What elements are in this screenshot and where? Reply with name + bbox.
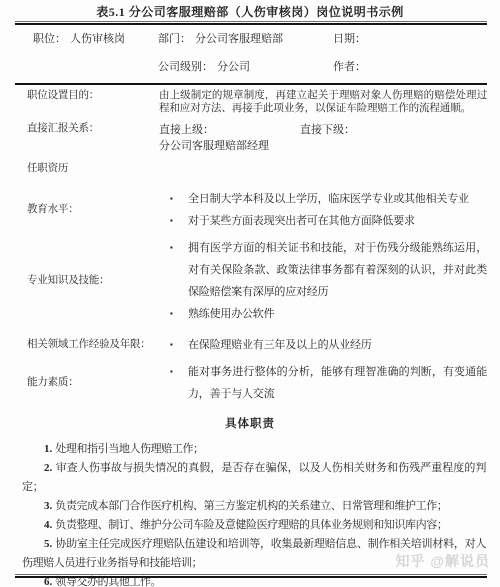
square-bullet-icon: ▪ <box>170 334 178 356</box>
qualifications-heading: 任职资历 <box>0 162 159 176</box>
position-value: 人伤审核岗 <box>70 33 125 45</box>
empty-cell <box>33 59 158 75</box>
education-bullets: ▪全日制大学本科及以上学历，临床医学专业或其他相关专业 ▪对于某些方面表现突出者… <box>159 188 487 232</box>
duty-item: 4.负责整理、制订、维护分公司车险及意健险医疗理赔的具体业务规则和知识库内容； <box>22 516 486 535</box>
department-value: 分公司客服理赔部 <box>195 33 283 45</box>
reporting-label: 直接汇报关系： <box>0 122 159 154</box>
reporting-content: 直接上级： 分公司客服理赔部经理 直接下级： <box>159 122 487 154</box>
company-level-cell: 公司级别：分公司 <box>158 59 333 75</box>
square-bullet-icon: ▪ <box>170 237 178 303</box>
purpose-text: 由上级制定的规章制度，再建立起关于理赔对象人伤理赔的赔偿处理过程和应对方法、再接… <box>159 89 487 115</box>
header-info: 职位：人伤审核岗 部门：分公司客服理赔部 日期： 公司级别：分公司 作者： <box>0 25 500 75</box>
superior-label: 直接上级： <box>159 122 300 138</box>
author-label: 作者： <box>333 61 366 73</box>
bullet-item: ▪全日制大学本科及以上学历，临床医学专业或其他相关专业 <box>170 188 487 210</box>
purpose-label: 职位设置目的： <box>0 89 159 115</box>
position-cell: 职位：人伤审核岗 <box>33 31 158 47</box>
job-description-document: 表5.1 分公司客服理赔部（人伤审核岗）岗位说明书示例 职位：人伤审核岗 部门：… <box>0 0 500 587</box>
department-label: 部门： <box>158 33 191 45</box>
duty-item: 2.审查人伤事故与损失情况的真假，是否存在骗保，以及人伤相关财务和伤残严重程度的… <box>22 459 486 497</box>
section-reporting: 直接汇报关系： 直接上级： 分公司客服理赔部经理 直接下级： <box>0 122 487 154</box>
duty-item: 1.处理和指引当地人伤理赔工作； <box>22 440 486 459</box>
department-cell: 部门：分公司客服理赔部 <box>158 31 333 47</box>
company-level-label: 公司级别： <box>158 61 213 73</box>
superior-cell: 直接上级： 分公司客服理赔部经理 <box>159 122 300 154</box>
bullet-item: ▪在保险理赔业有三年及以上的从业经历 <box>170 334 487 356</box>
square-bullet-icon: ▪ <box>170 361 178 405</box>
section-competency: 能力素质： ▪能对事务进行整体的分析，能够有理智准确的判断，有变通能力，善于与人… <box>0 361 487 405</box>
knowledge-bullets: ▪拥有医学方面的相关证书和技能，对于伤残分级能熟练运用，对有关保险条款、政策法律… <box>159 237 487 325</box>
date-cell: 日期： <box>333 31 500 47</box>
experience-bullets: ▪在保险理赔业有三年及以上的从业经历 <box>159 334 487 356</box>
position-label: 职位： <box>33 33 66 45</box>
knowledge-label: 专业知识及技能： <box>0 274 159 288</box>
bullet-item: ▪能对事务进行整体的分析，能够有理智准确的判断，有变通能力，善于与人交流 <box>170 361 487 405</box>
education-label: 教育水平： <box>0 203 159 217</box>
section-knowledge: 专业知识及技能： ▪拥有医学方面的相关证书和技能，对于伤残分级能熟练运用，对有关… <box>0 237 487 325</box>
section-education: 教育水平： ▪全日制大学本科及以上学历，临床医学专业或其他相关专业 ▪对于某些方… <box>0 188 487 232</box>
duties-heading: 具体职责 <box>0 417 500 431</box>
square-bullet-icon: ▪ <box>170 210 178 232</box>
superior-value: 分公司客服理赔部经理 <box>159 138 300 154</box>
qualifications-heading-row: 任职资历 <box>0 162 487 176</box>
square-bullet-icon: ▪ <box>170 303 178 325</box>
bottom-rule <box>15 574 487 578</box>
bullet-item: ▪对于某些方面表现突出者可在其他方面降低要求 <box>170 210 487 232</box>
zhihu-watermark: 知乎 @解说员 <box>395 551 490 571</box>
section-purpose: 职位设置目的： 由上级制定的规章制度，再建立起关于理赔对象人伤理赔的赔偿处理过程… <box>0 89 487 115</box>
competency-label: 能力素质： <box>0 376 159 390</box>
subordinate-label: 直接下级： <box>300 122 355 154</box>
date-label: 日期： <box>333 33 366 45</box>
table-title: 表5.1 分公司客服理赔部（人伤审核岗）岗位说明书示例 <box>0 5 500 19</box>
author-cell: 作者： <box>333 59 500 75</box>
bullet-item: ▪熟练使用办公软件 <box>170 303 487 325</box>
section-experience: 相关领域工作经验及年限： ▪在保险理赔业有三年及以上的从业经历 <box>0 334 487 356</box>
experience-label: 相关领域工作经验及年限： <box>0 338 159 352</box>
bullet-item: ▪拥有医学方面的相关证书和技能，对于伤残分级能熟练运用，对有关保险条款、政策法律… <box>170 237 487 303</box>
company-level-value: 分公司 <box>217 61 250 73</box>
duty-item: 3.负责完成本部门合作医疗机构、第三方鉴定机构的关系建立、日常管理和维护工作； <box>22 497 486 516</box>
square-bullet-icon: ▪ <box>170 188 178 210</box>
header-divider-rule <box>15 83 487 85</box>
competency-bullets: ▪能对事务进行整体的分析，能够有理智准确的判断，有变通能力，善于与人交流 <box>159 361 487 405</box>
